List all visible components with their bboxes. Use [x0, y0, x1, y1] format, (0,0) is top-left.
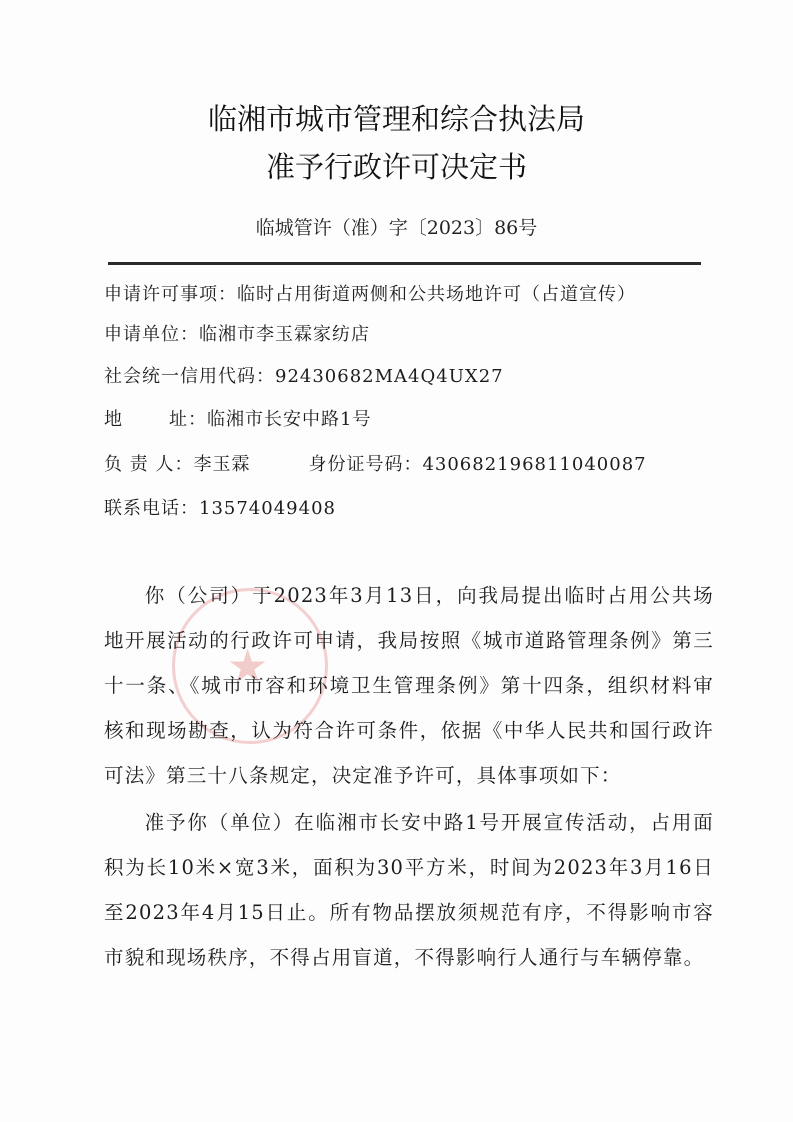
- header-divider: [108, 262, 701, 265]
- field-person-in-charge: 负 责 人：李玉霖身份证号码：430682196811040087: [104, 450, 647, 476]
- field-address: 地址：临湘市长安中路1号: [104, 405, 371, 431]
- document-number: 临城管许（准）字〔2023〕86号: [0, 213, 793, 240]
- field-credit-code: 社会统一信用代码：92430682MA4Q4UX27: [104, 362, 504, 388]
- field-label: 身份证号码：: [308, 454, 422, 475]
- field-label: 申请许可事项：: [104, 284, 237, 305]
- field-value: 李玉霖: [193, 454, 250, 475]
- document-title: 准予行政许可决定书: [0, 145, 793, 186]
- field-label: 地: [104, 409, 123, 430]
- paragraph-text: 你（公司）于2023年3月13日，向我局提出临时占用公共场地开展活动的行政许可申…: [104, 584, 714, 787]
- field-value: 430682196811040087: [422, 454, 646, 475]
- field-value: 临湘市李玉霖家纺店: [199, 324, 370, 345]
- field-value: 临时占用街道两侧和公共场地许可（占道宣传）: [237, 284, 636, 305]
- field-phone: 联系电话：13574049408: [104, 494, 336, 520]
- field-permit-item: 申请许可事项：临时占用街道两侧和公共场地许可（占道宣传）: [104, 280, 636, 306]
- field-label: 申请单位：: [104, 324, 199, 345]
- field-label: 址：: [169, 409, 207, 430]
- field-value: 13574049408: [199, 498, 336, 519]
- field-applicant: 申请单位：临湘市李玉霖家纺店: [104, 320, 370, 346]
- field-label: 联系电话：: [104, 498, 199, 519]
- document-page: 临湘市城市管理和综合执法局 准予行政许可决定书 临城管许（准）字〔2023〕86…: [0, 0, 793, 1122]
- field-value: 临湘市长安中路1号: [207, 409, 371, 430]
- field-value: 92430682MA4Q4UX27: [275, 366, 504, 387]
- field-label: 负 责 人：: [104, 454, 193, 475]
- paragraph-text: 准予你（单位）在临湘市长安中路1号开展宣传活动，占用面积为长10米×宽3米，面积…: [104, 811, 714, 969]
- field-label: 社会统一信用代码：: [104, 366, 275, 387]
- agency-title: 临湘市城市管理和综合执法局: [0, 97, 793, 138]
- body-paragraph-2: 准予你（单位）在临湘市长安中路1号开展宣传活动，占用面积为长10米×宽3米，面积…: [104, 800, 714, 980]
- body-paragraph-1: 你（公司）于2023年3月13日，向我局提出临时占用公共场地开展活动的行政许可申…: [104, 573, 714, 798]
